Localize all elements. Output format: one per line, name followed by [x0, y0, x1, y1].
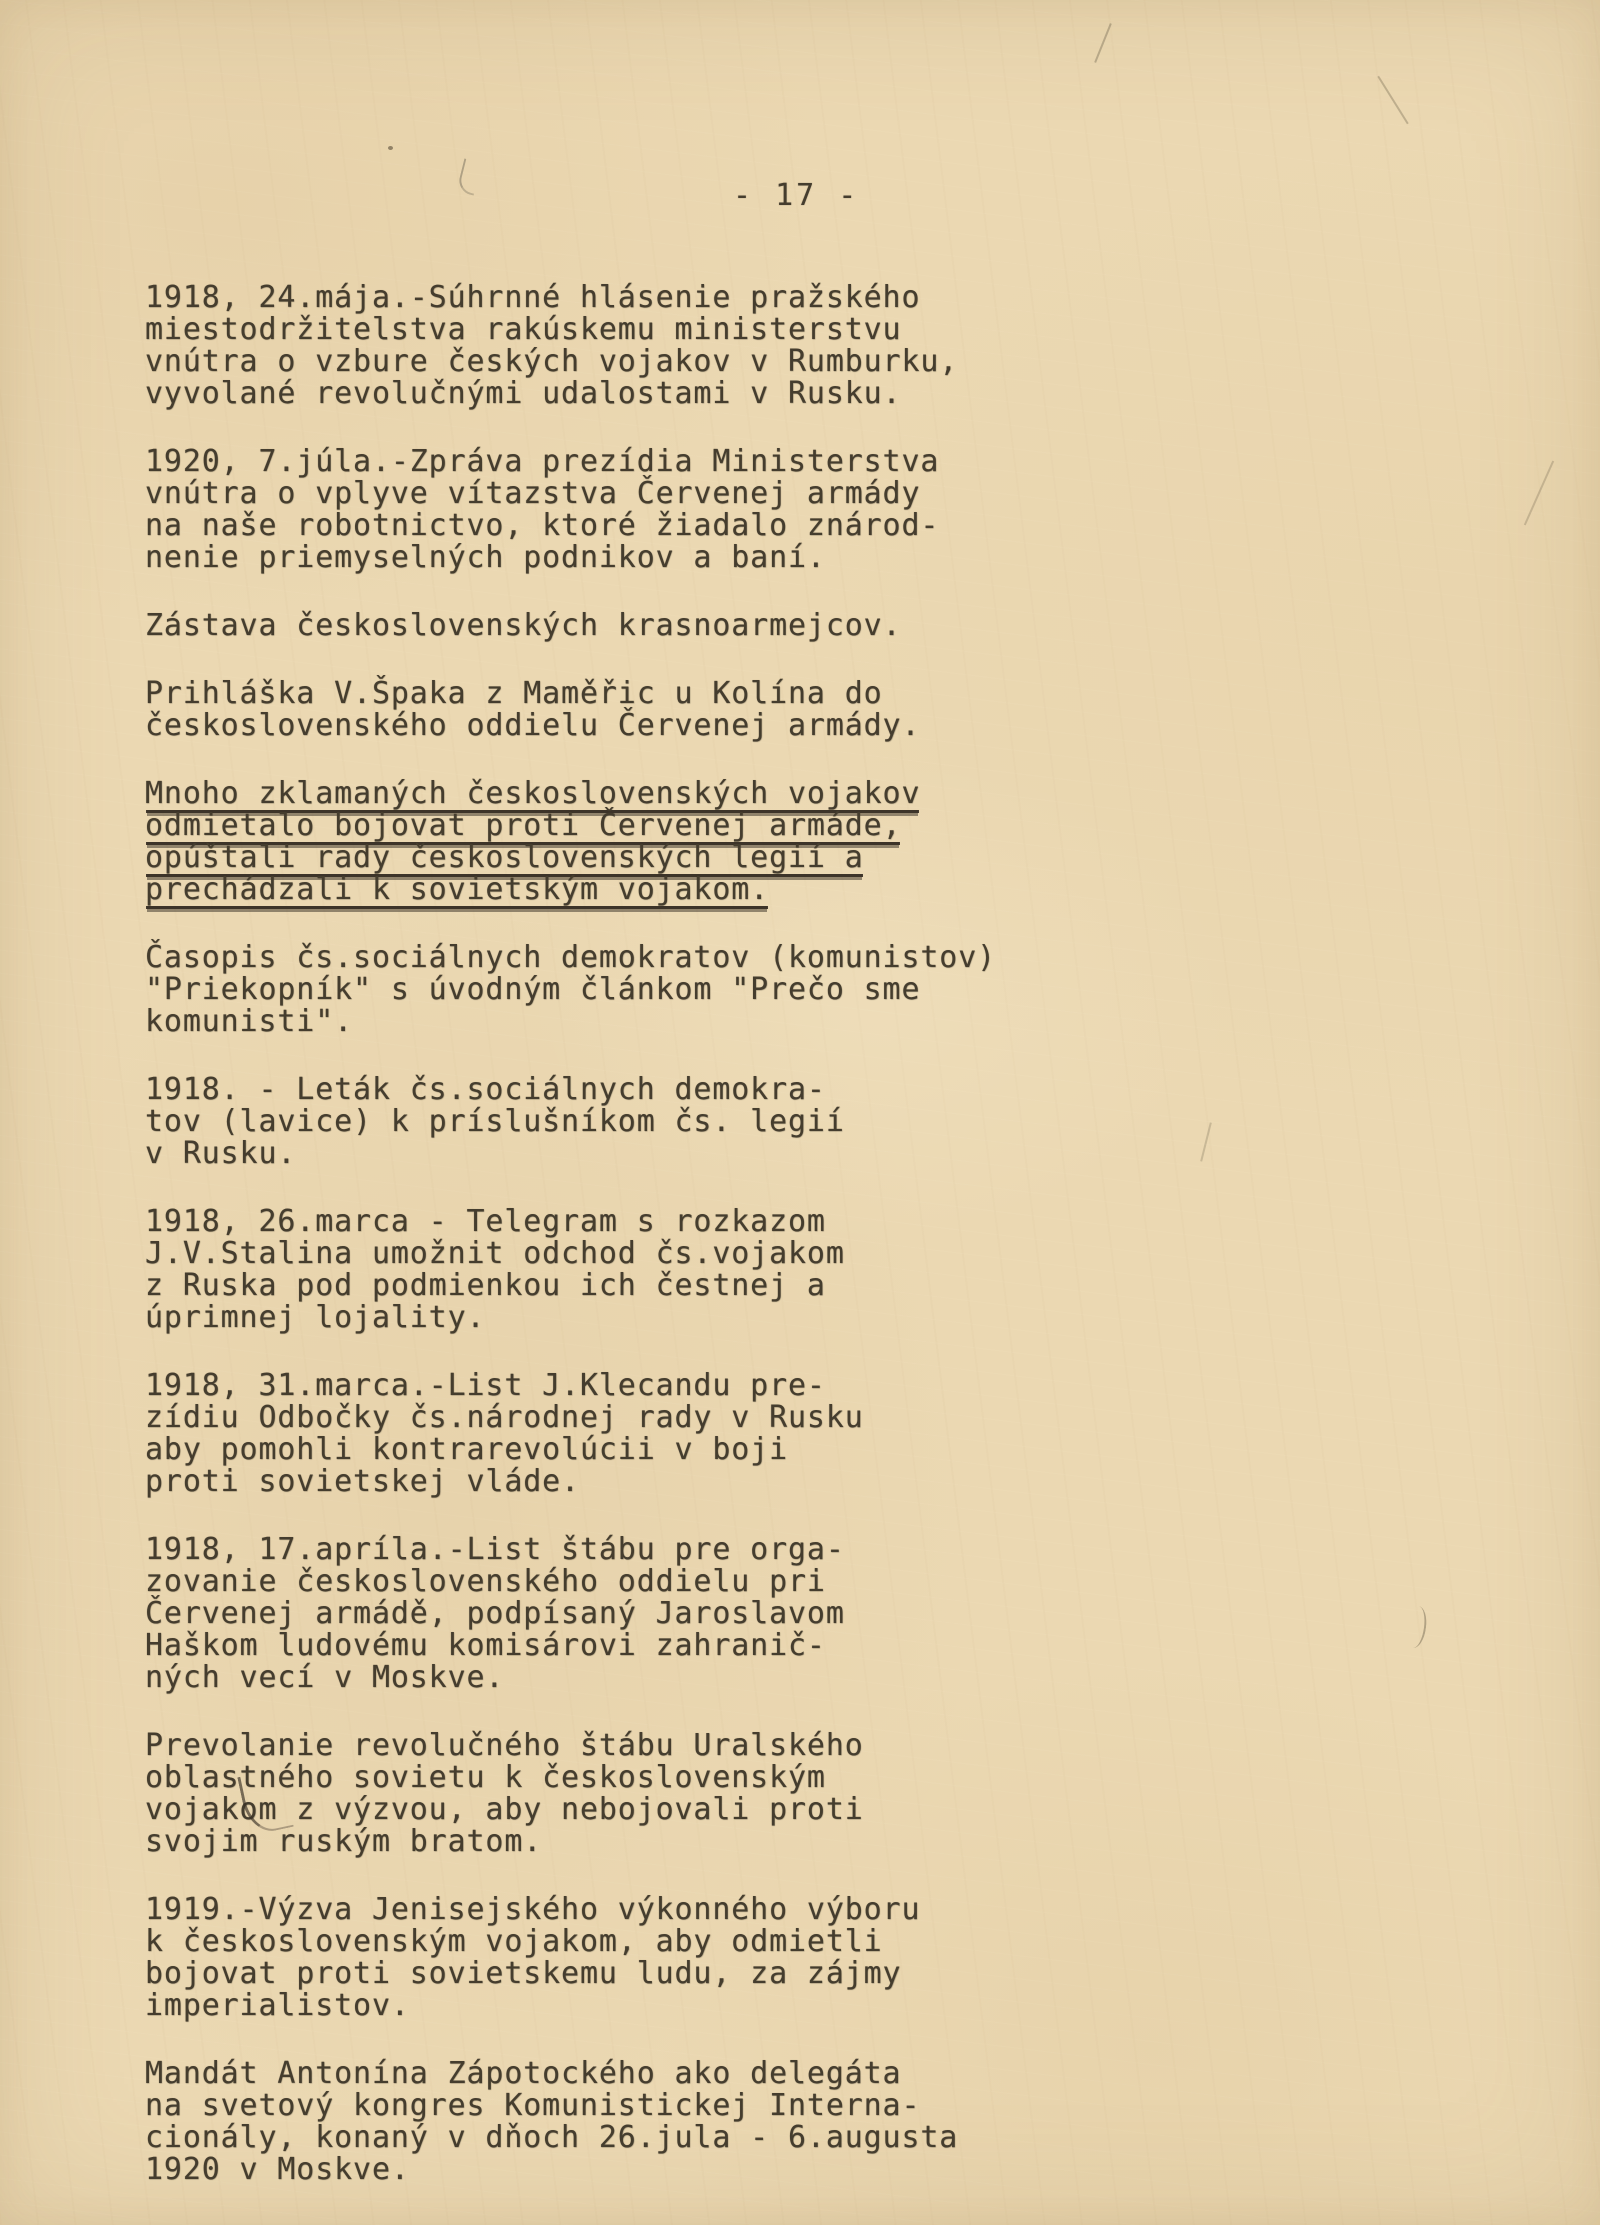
- text-line: Mnoho zklamaných československých vojako…: [145, 778, 920, 810]
- text-line: 1918, 17.apríla.-List štábu pre orga-: [145, 1534, 845, 1566]
- text-line: vyvolané revolučnými udalostami v Rusku.: [145, 378, 901, 410]
- catalog-entry: 1918, 31.marca.-List J.Klecandu pre-zídi…: [145, 1370, 1540, 1498]
- text-line: Červenej armádě, podpísaný Jaroslavom: [145, 1598, 845, 1630]
- text-line: Haškom ludovému komisárovi zahranič-: [145, 1630, 826, 1662]
- text-line: 1918, 31.marca.-List J.Klecandu pre-: [145, 1370, 826, 1402]
- text-line: komunisti".: [145, 1006, 353, 1038]
- text-line: 1918, 24.mája.-Súhrnné hlásenie pražskéh…: [145, 282, 920, 314]
- text-line: cionály, konaný v dňoch 26.jula - 6.augu…: [145, 2122, 958, 2154]
- text-line: nenie priemyselných podnikov a baní.: [145, 542, 826, 574]
- text-line: vojakom z výzvou, aby nebojovali proti: [145, 1794, 864, 1826]
- text-line: bojovat proti sovietskemu ludu, za zájmy: [145, 1958, 901, 1990]
- paper-mark: [1377, 76, 1408, 125]
- text-line: miestodržitelstva rakúskemu ministerstvu: [145, 314, 901, 346]
- paper-mark: [388, 146, 393, 150]
- text-line: tov (lavice) k príslušníkom čs. legií: [145, 1106, 845, 1138]
- entries: 1918, 24.mája.-Súhrnné hlásenie pražskéh…: [145, 282, 1540, 2186]
- text-line: 1920 v Moskve.: [145, 2154, 410, 2186]
- text-line: "Priekopník" s úvodným článkom "Prečo sm…: [145, 974, 920, 1006]
- text-line: prechádzali k sovietským vojakom.: [145, 874, 769, 906]
- text-line: svojim ruským bratom.: [145, 1826, 542, 1858]
- text-line: 1918, 26.marca - Telegram s rozkazom: [145, 1206, 826, 1238]
- catalog-entry: 1918, 24.mája.-Súhrnné hlásenie pražskéh…: [145, 282, 1540, 410]
- text-line: aby pomohli kontrarevolúcii v boji: [145, 1434, 788, 1466]
- text-line: ných vecí v Moskve.: [145, 1662, 504, 1694]
- text-line: úprimnej lojality.: [145, 1302, 485, 1334]
- text-line: z Ruska pod podmienkou ich čestnej a: [145, 1270, 826, 1302]
- text-line: na svetový kongres Komunistickej Interna…: [145, 2090, 920, 2122]
- catalog-entry: Prevolanie revolučného štábu Uralskéhoob…: [145, 1730, 1540, 1858]
- text-line: Mandát Antonína Zápotockého ako delegáta: [145, 2058, 901, 2090]
- text-line: Prevolanie revolučného štábu Uralského: [145, 1730, 864, 1762]
- catalog-entry: Časopis čs.sociálnych demokratov (komuni…: [145, 942, 1540, 1038]
- text-line: Časopis čs.sociálnych demokratov (komuni…: [145, 942, 996, 974]
- text-line: zídiu Odbočky čs.národnej rady v Rusku: [145, 1402, 864, 1434]
- catalog-entry: Mnoho zklamaných československých vojako…: [145, 778, 1540, 906]
- catalog-entry: Mandát Antonína Zápotockého ako delegáta…: [145, 2058, 1540, 2186]
- catalog-entry: 1918, 17.apríla.-List štábu pre orga-zov…: [145, 1534, 1540, 1694]
- text-line: zovanie československého oddielu pri: [145, 1566, 826, 1598]
- text-line: proti sovietskej vláde.: [145, 1466, 580, 1498]
- text-line: odmietalo bojovat proti Červenej armáde,: [145, 810, 901, 842]
- text-line: československého oddielu Červenej armády…: [145, 710, 920, 742]
- text-line: vnútra o vzbure českých vojakov v Rumbur…: [145, 346, 958, 378]
- text-line: opúštali rady československých legií a: [145, 842, 864, 874]
- text-line: 1918. - Leták čs.sociálnych demokra-: [145, 1074, 826, 1106]
- text-line: k československým vojakom, aby odmietli: [145, 1926, 883, 1958]
- catalog-entry: 1918, 26.marca - Telegram s rozkazomJ.V.…: [145, 1206, 1540, 1334]
- catalog-entry: Prihláška V.Špaka z Maměřic u Kolína doč…: [145, 678, 1540, 742]
- paper-mark: [1094, 23, 1112, 63]
- text-line: J.V.Stalina umožnit odchod čs.vojakom: [145, 1238, 845, 1270]
- text-line: v Rusku.: [145, 1138, 296, 1170]
- text-line: imperialistov.: [145, 1990, 410, 2022]
- paper-mark: [456, 158, 482, 195]
- document-page: - 17 - 1918, 24.mája.-Súhrnné hlásenie p…: [0, 0, 1600, 2225]
- catalog-entry: 1919.-Výzva Jenisejského výkonného výbor…: [145, 1894, 1540, 2022]
- page-number: - 17 -: [733, 180, 1540, 212]
- text-line: 1919.-Výzva Jenisejského výkonného výbor…: [145, 1894, 920, 1926]
- text-line: na naše robotnictvo, ktoré žiadalo znáro…: [145, 510, 939, 542]
- text-line: Zástava československých krasnoarmejcov.: [145, 610, 901, 642]
- text-line: Prihláška V.Špaka z Maměřic u Kolína do: [145, 678, 883, 710]
- text-line: 1920, 7.júla.-Zpráva prezídia Ministerst…: [145, 446, 939, 478]
- text-line: vnútra o vplyve vítazstva Červenej armád…: [145, 478, 920, 510]
- catalog-entry: Zástava československých krasnoarmejcov.: [145, 610, 1540, 642]
- catalog-entry: 1918. - Leták čs.sociálnych demokra-tov …: [145, 1074, 1540, 1170]
- text-line: oblastného sovietu k československým: [145, 1762, 826, 1794]
- catalog-entry: 1920, 7.júla.-Zpráva prezídia Ministerst…: [145, 446, 1540, 574]
